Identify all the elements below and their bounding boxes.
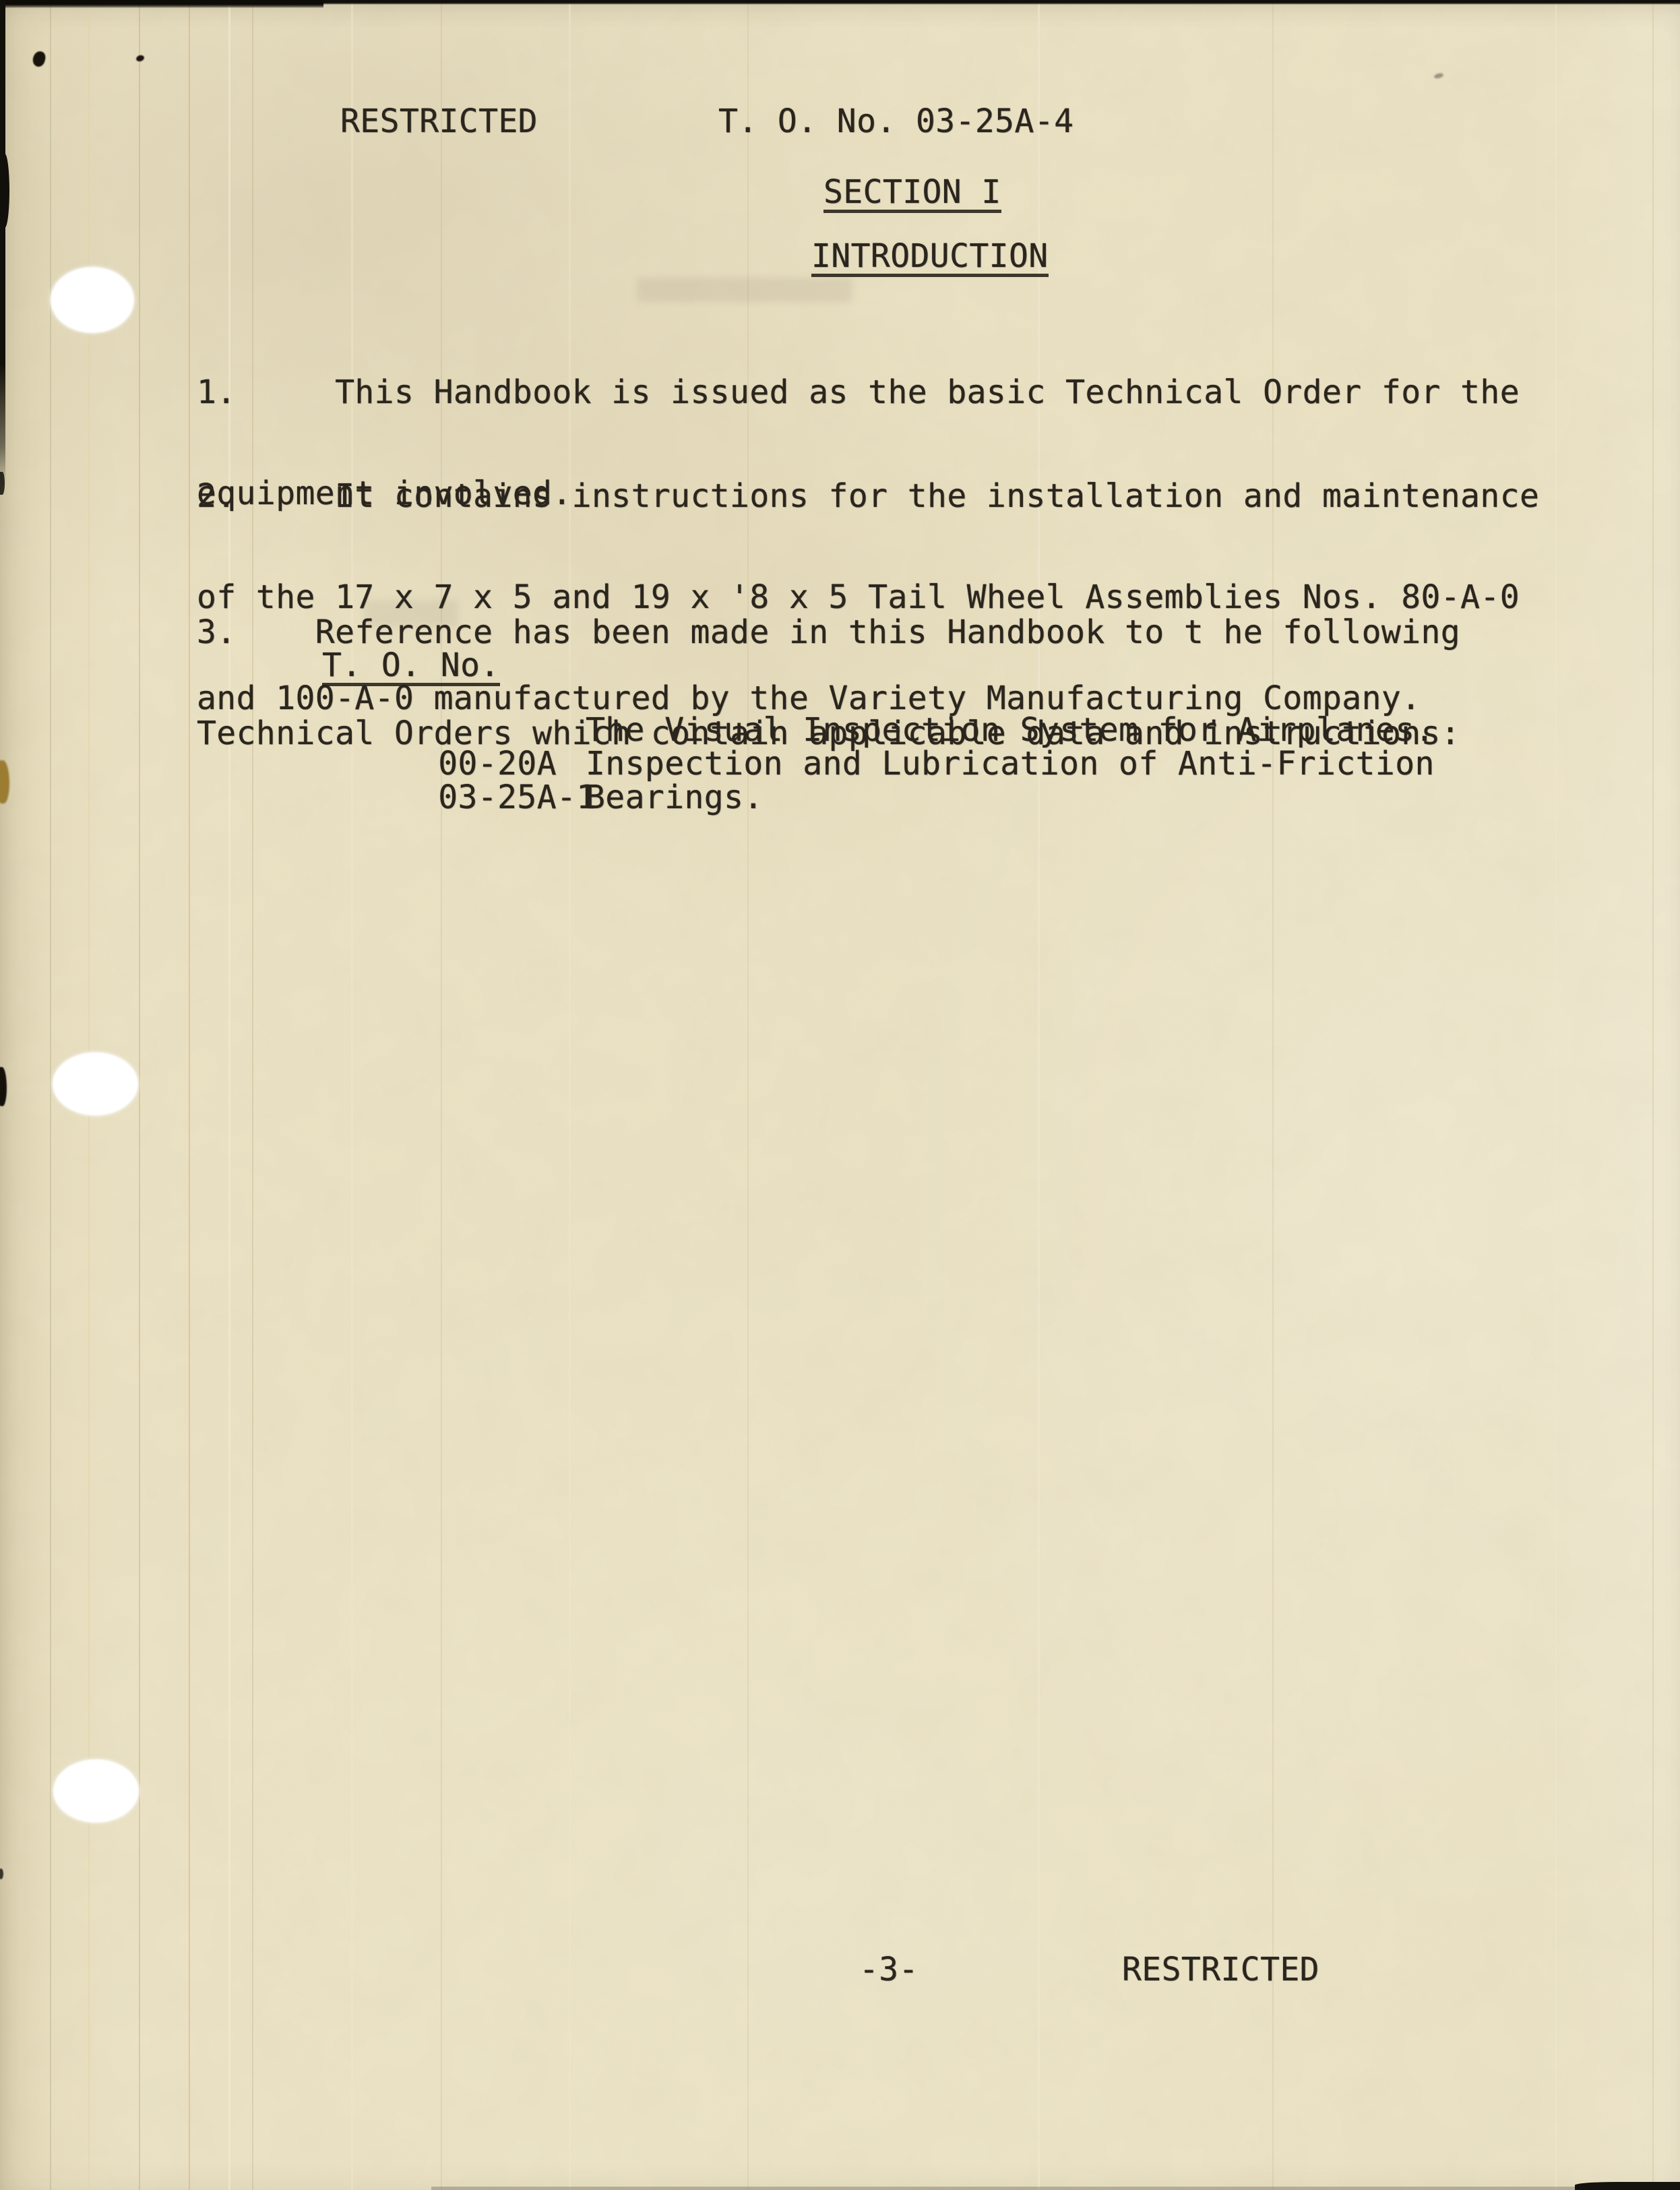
introduction-heading: INTRODUCTION — [811, 239, 1049, 277]
scan-edge-bottom-right — [1575, 2182, 1680, 2190]
paragraph-3-line: 3. Reference has been made in this Handb… — [197, 615, 1460, 649]
paragraph-2-line: 2. It contains instructions for the inst… — [197, 479, 1539, 513]
fold-line — [50, 0, 51, 2190]
scan-edge-top — [0, 0, 1680, 5]
document-page: RESTRICTED T. O. No. 03-25A-4 SECTION I … — [0, 0, 1680, 2190]
punch-hole — [51, 267, 134, 333]
to-title-cell: The Visual Inspection System for Airplan… — [586, 713, 1435, 747]
to-list-row: Bearings. — [359, 781, 438, 915]
header-to-number: T. O. No. 03-25A-4 — [718, 104, 1074, 138]
fold-line — [1652, 0, 1654, 2190]
fold-line — [189, 0, 190, 2190]
to-title-cell: Bearings. — [586, 781, 764, 814]
ink-speck — [1433, 72, 1443, 79]
scan-edge-left — [0, 0, 5, 485]
header-classification: RESTRICTED — [340, 104, 538, 138]
scan-edge-top — [0, 0, 323, 8]
ink-speck — [135, 54, 145, 62]
fold-line — [1555, 0, 1557, 2190]
fold-line — [139, 0, 140, 2190]
punch-hole — [53, 1052, 138, 1116]
edge-stain — [0, 1868, 3, 1879]
section-heading: SECTION I — [823, 175, 1001, 213]
scan-edge-bottom — [431, 2187, 1577, 2190]
footer-classification: RESTRICTED — [1122, 1953, 1319, 1986]
to-list-heading: T. O. No. — [322, 648, 500, 686]
edge-stain — [0, 1067, 7, 1106]
paragraph-1-line: 1. This Handbook is issued as the basic … — [197, 375, 1520, 409]
to-number-cell: 03-25A-1 — [438, 779, 596, 816]
punch-hole — [53, 1759, 139, 1823]
footer-page-number: -3- — [859, 1953, 919, 1986]
to-title-cell: Inspection and Lubrication of Anti-Frict… — [586, 747, 1435, 781]
scan-smudge — [637, 278, 852, 302]
ink-speck — [32, 50, 46, 67]
scan-edge-left — [0, 154, 9, 228]
scan-edge-left — [0, 472, 5, 495]
edge-stain — [0, 760, 9, 803]
